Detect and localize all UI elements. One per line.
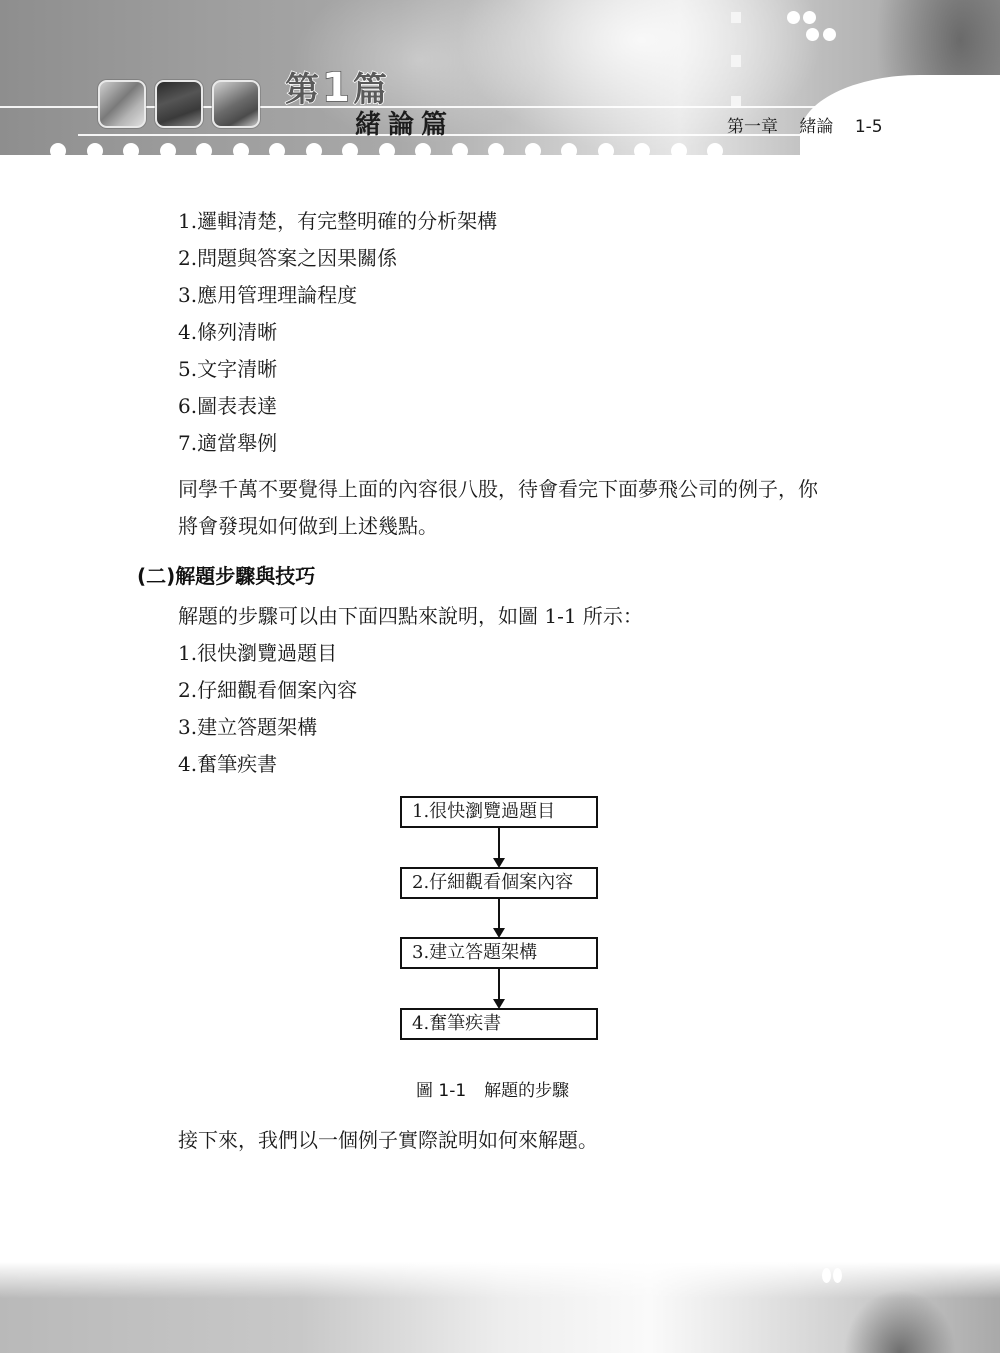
flowchart-box-1: 1.很快瀏覽過題目 [400, 796, 598, 828]
thumbnail-photo-book [212, 80, 260, 128]
part-number: 1 [320, 65, 353, 111]
decor-dot [806, 1246, 815, 1261]
criteria-item: 3.應用管理理論程度 [178, 279, 357, 308]
decor-dot [817, 1246, 826, 1261]
running-head: 第一章 緒論 1-5 [727, 112, 883, 137]
page-number: 1-5 [855, 117, 883, 137]
banner-rule-top [0, 106, 1000, 108]
figure-caption-text: 解題的步驟 [484, 1081, 569, 1101]
chapter-title: 緒論 [799, 117, 833, 137]
step-item: 1.很快瀏覽過題目 [178, 637, 337, 666]
section-intro: 解題的步驟可以由下面四點來說明，如圖 1-1 所示： [178, 600, 643, 629]
flowchart-box-3: 3.建立答題架構 [400, 937, 598, 969]
paragraph-line: 同學千萬不要覺得上面的內容很八股，待會看完下面夢飛公司的例子，你 [178, 473, 818, 502]
step-item: 3.建立答題架構 [178, 711, 317, 740]
paragraph-line: 將會發現如何做到上述幾點。 [178, 510, 438, 539]
chapter-label: 第一章 [727, 117, 778, 137]
decor-dot [822, 1268, 831, 1283]
figure-label: 圖 1-1 [416, 1081, 466, 1101]
arrow-down-icon [498, 969, 500, 1007]
section-heading: (二)解題步驟與技巧 [137, 560, 315, 589]
header-banner: 第1篇 緒論篇 第一章 緒論 1-5 [0, 0, 1000, 155]
footer-banner [0, 1262, 1000, 1353]
arrow-down-icon [498, 899, 500, 936]
closing-sentence: 接下來，我們以一個例子實際說明如何來解題。 [178, 1124, 598, 1153]
criteria-item: 6.圖表表達 [178, 390, 277, 419]
decor-square [731, 55, 741, 67]
decor-dot [833, 1268, 842, 1283]
decor-square [731, 12, 741, 23]
step-item: 4.奮筆疾書 [178, 748, 277, 777]
thumbnail-photo-writing [98, 80, 146, 128]
decor-dot [787, 11, 800, 24]
flowchart-box-2: 2.仔細觀看個案內容 [400, 867, 598, 899]
figure-caption: 圖 1-1解題的步驟 [416, 1076, 569, 1101]
criteria-item: 5.文字清晰 [178, 353, 277, 382]
part-subtitle: 緒論篇 [355, 104, 454, 141]
thumbnail-photo-device [155, 80, 203, 128]
step-item: 2.仔細觀看個案內容 [178, 674, 357, 703]
flowchart-box-4: 4.奮筆疾書 [400, 1008, 598, 1040]
part-prefix: 第 [285, 70, 320, 110]
decor-dot [803, 11, 816, 24]
decor-dot [806, 28, 819, 41]
perforation-dots [0, 143, 1000, 157]
decor-dot [823, 28, 836, 41]
criteria-item: 4.條列清晰 [178, 316, 277, 345]
decor-square [731, 96, 741, 106]
arrow-down-icon [498, 828, 500, 866]
criteria-item: 1.邏輯清楚，有完整明確的分析架構 [178, 205, 497, 234]
criteria-item: 2.問題與答案之因果關係 [178, 242, 397, 271]
criteria-item: 7.適當舉例 [178, 427, 277, 456]
